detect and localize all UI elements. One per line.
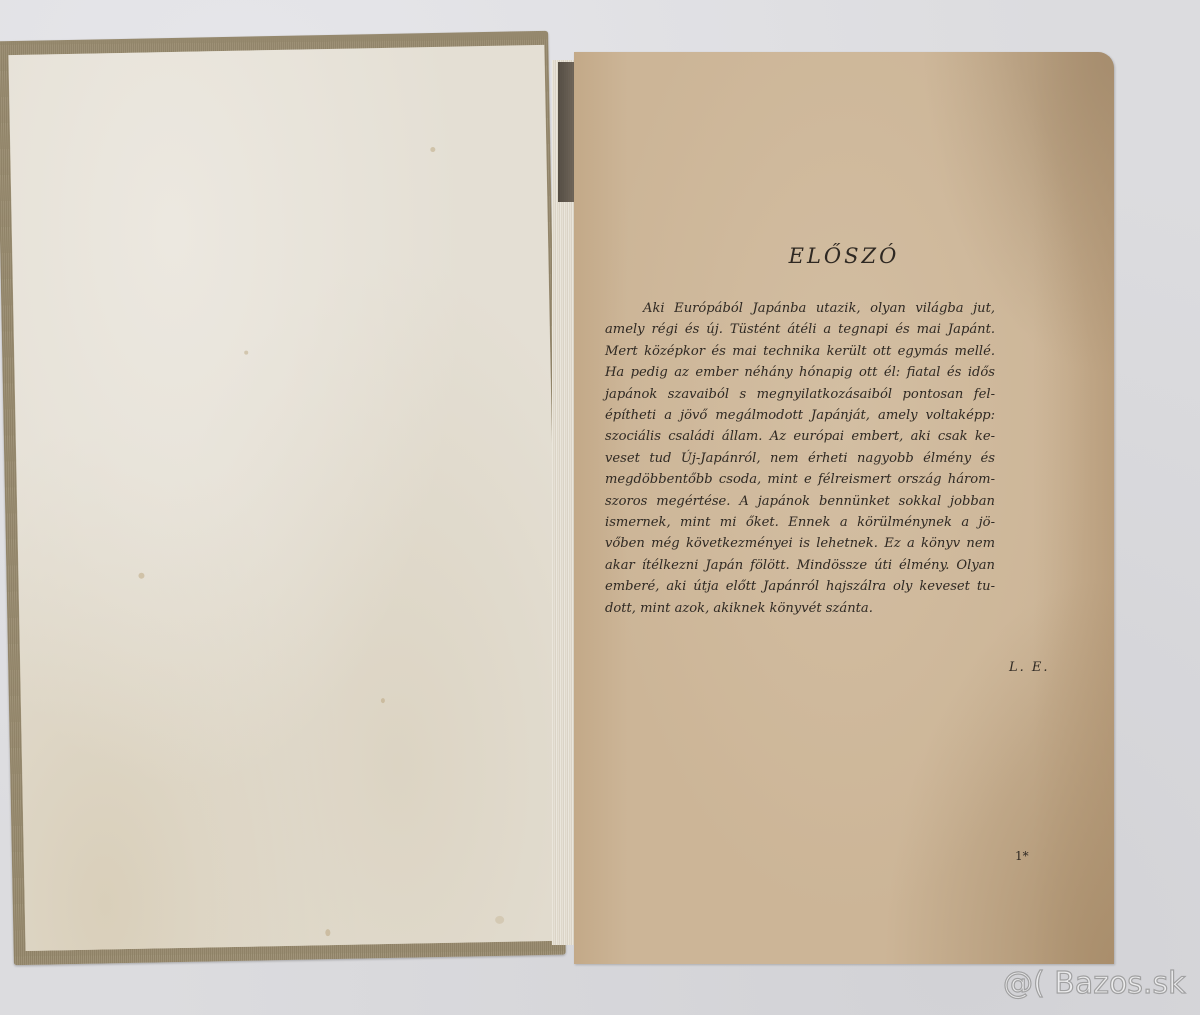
text-line: amely régi és új. Tüstént átéli a tegnap… <box>605 319 995 340</box>
endpaper <box>8 45 561 951</box>
page-title: ELŐSZÓ <box>574 244 1114 268</box>
text-line: vőben még következményei is lehetnek. Ez… <box>605 533 995 554</box>
text-line: Ha pedig az ember néhány hónapig ott él:… <box>605 362 995 383</box>
author-initials: L. E. <box>1009 660 1050 675</box>
text-line: veset tud Új-Japánról, nem érheti nagyob… <box>605 448 995 469</box>
text-line: akar ítélkezni Japán fölött. Mindössze ú… <box>605 555 995 576</box>
bazos-watermark: @( Bazos.sk <box>1003 966 1185 1001</box>
text-line: emberé, aki útja előtt Japánról hajszálr… <box>605 576 995 597</box>
foreword-paragraph: Aki Európából Japánba utazik, olyan vilá… <box>605 298 995 619</box>
text-line: dott, mint azok, akiknek könyvét szánta. <box>605 598 995 619</box>
text-line: szoros megértése. A japánok bennünket so… <box>605 491 995 512</box>
spine-gutter <box>558 62 574 202</box>
text-line: szociális családi állam. Az európai embe… <box>605 426 995 447</box>
text-line: japánok szavaiból s megnyilatkozásaiból … <box>605 384 995 405</box>
text-line: építheti a jövő megálmodott Japánját, am… <box>605 405 995 426</box>
text-line: Mert középkor és mai technika került ott… <box>605 341 995 362</box>
foreword-page: ELŐSZÓ Aki Európából Japánba utazik, oly… <box>574 52 1114 964</box>
text-line: megdöbbentőbb csoda, mint e félreismert … <box>605 469 995 490</box>
text-line: ismernek, mint mi őket. Ennek a körülmén… <box>605 512 995 533</box>
text-line: Aki Európából Japánba utazik, olyan vilá… <box>605 298 995 319</box>
page-number: 1* <box>1015 849 1029 863</box>
inside-front-cover <box>0 31 566 965</box>
